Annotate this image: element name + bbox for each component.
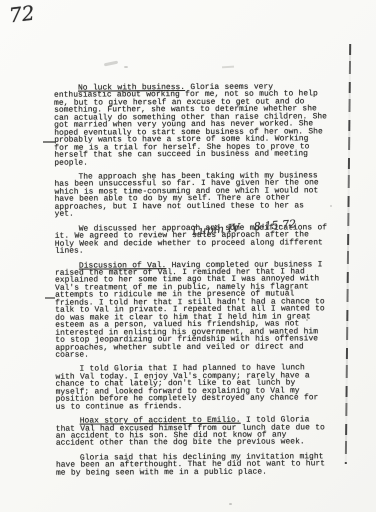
scan-smudge [222,66,234,68]
scan-smudge [124,66,128,68]
paragraph-lead: Discussion of Val. [79,261,166,270]
document-text: No luck with business. Gloria seems very… [54,83,329,484]
scan-speck [306,319,308,321]
paragraph: No luck with business. Gloria seems very… [54,83,327,166]
scan-speck [229,503,232,505]
scan-smudge [104,61,118,67]
paragraph: Discussion of Val. Having completed our … [55,261,329,359]
handwritten-page-number: 72 [8,1,36,28]
scan-speck [330,205,332,207]
scan-edge-artifact-line [345,44,351,464]
paragraph-lead: No luck with business. [78,83,185,93]
scanned-document-page: 72 No luck with business. Gloria seems v… [0,0,376,512]
paragraph: I told Gloria that I had planned to have… [55,365,328,411]
paragraph: The approach she has been taking with my… [54,172,327,218]
margin-dash-mark [43,141,55,143]
paragraph-lead: Hoax story of accident to Emilio. [80,416,241,426]
paragraph: Gloria said that his declining my invita… [56,453,329,477]
scan-speck [139,468,141,470]
margin-dash-mark [45,297,55,299]
paragraph: Hoax story of accident to Emilio. I told… [56,416,329,447]
